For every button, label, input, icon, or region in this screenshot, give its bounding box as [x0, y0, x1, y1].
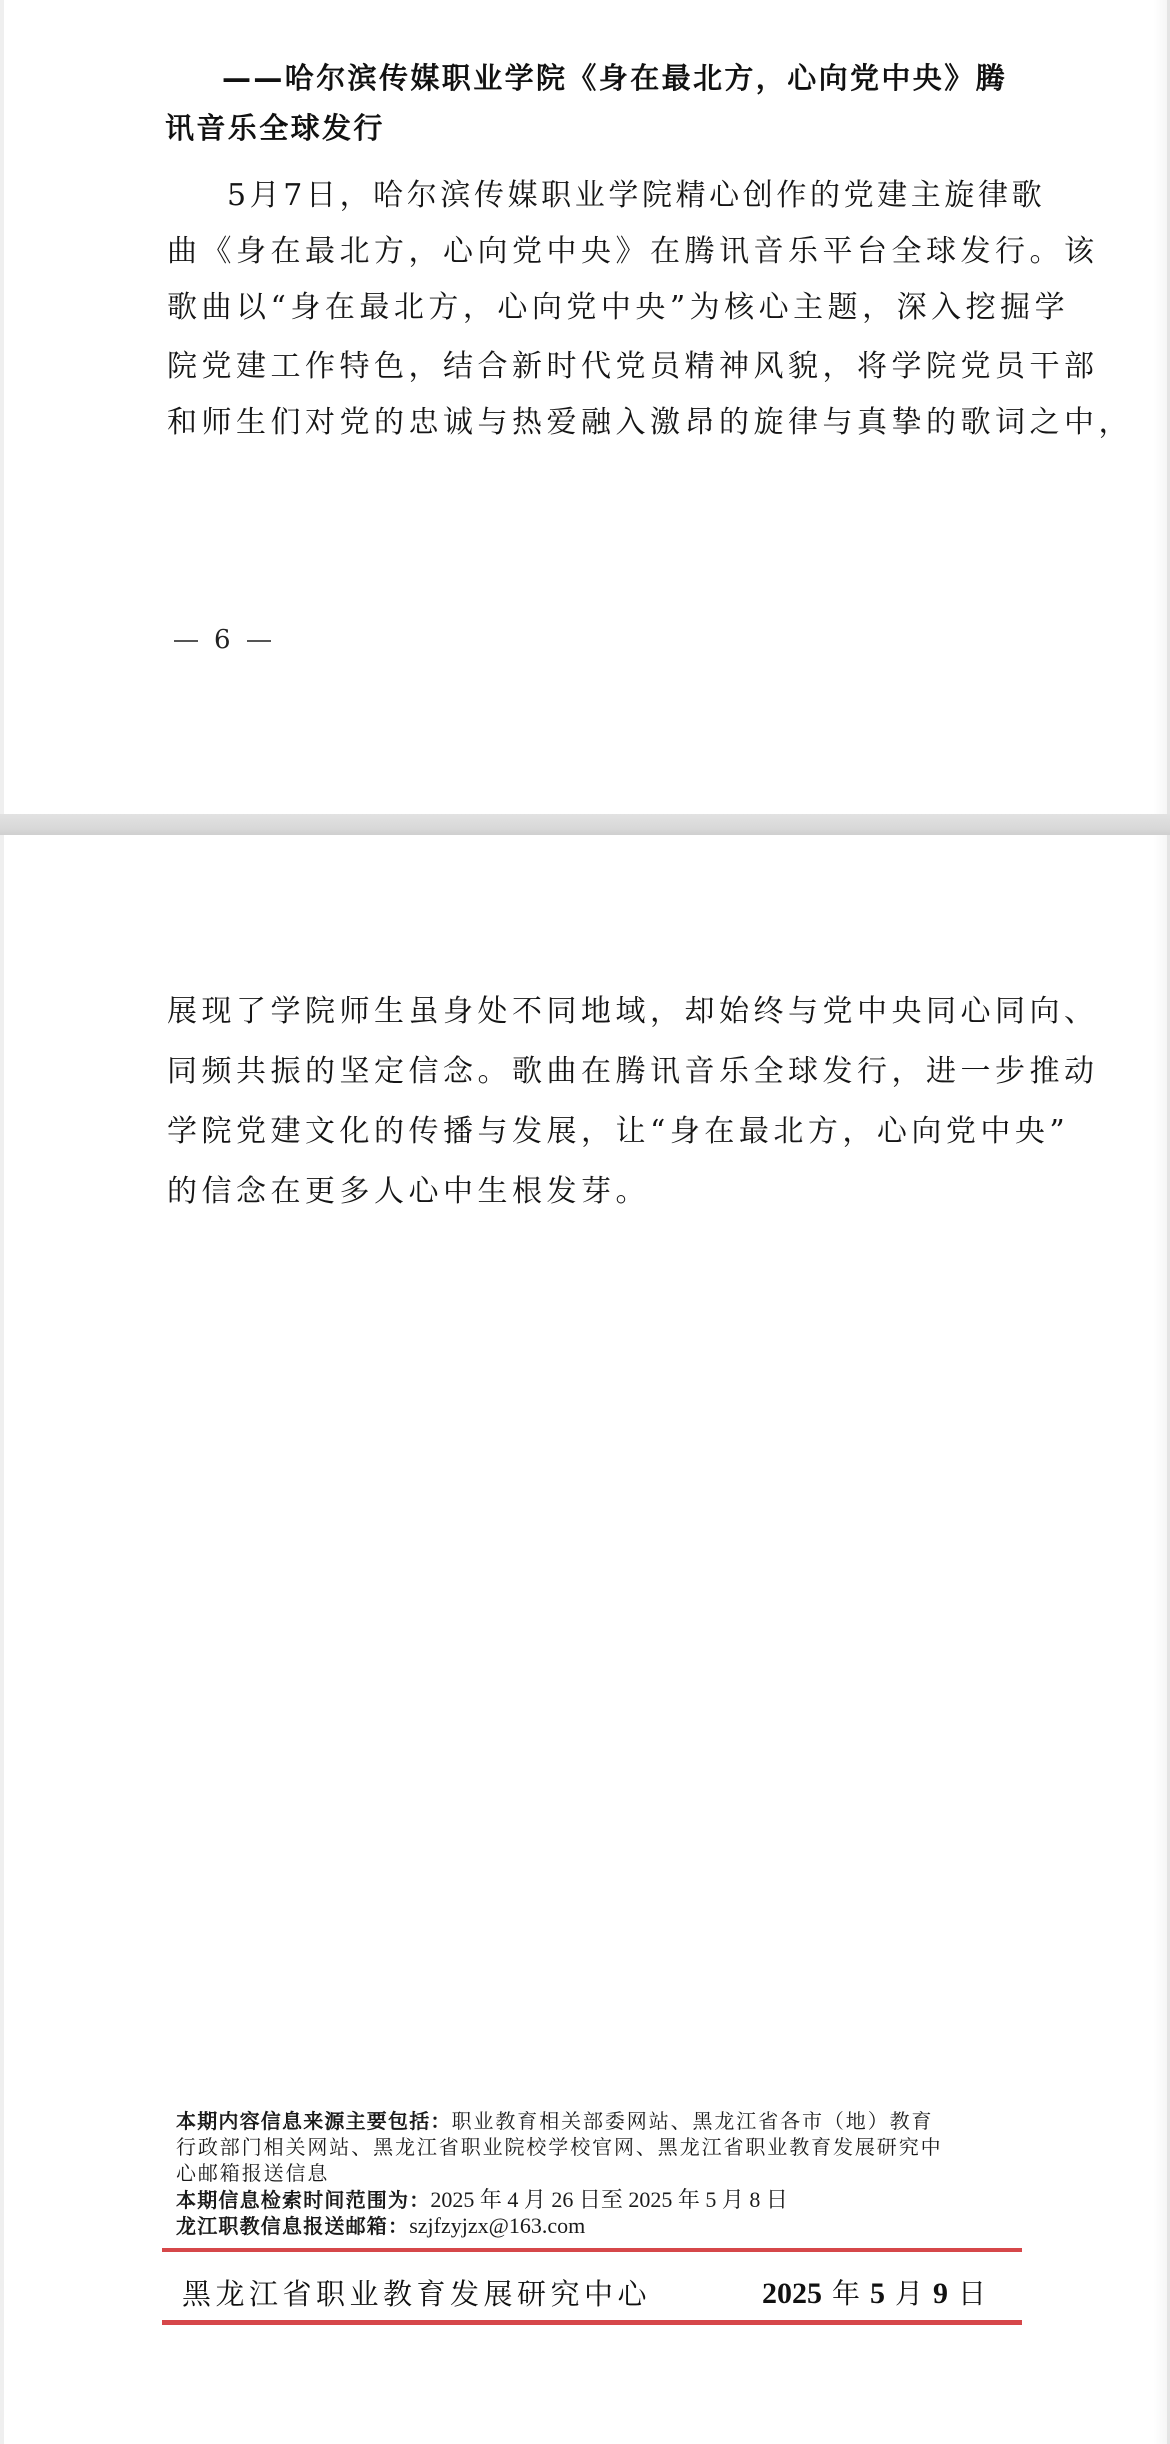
page-separator [0, 814, 1170, 835]
paragraph-line: 歌曲以“身在最北方，心向党中央”为核心主题，深入挖掘学 [167, 293, 1069, 323]
article-heading-line-1: ——哈尔滨传媒职业学院《身在最北方，心向党中央》腾 [222, 64, 1007, 93]
page-number-dash-left [174, 640, 198, 642]
footer-date-day-unit: 日 [958, 2277, 986, 2310]
article-heading-line-2: 讯音乐全球发行 [165, 114, 385, 143]
search-range-value: 2025 年 4 月 26 日至 2025 年 5 月 8 日 [430, 2187, 788, 2212]
sources-note-line-2: 行政部门相关网站、黑龙江省职业院校学校官网、黑龙江省职业教育发展研究中 [176, 2137, 943, 2157]
footer-date: 2025年5月9日 [762, 2279, 996, 2309]
submission-email-note: 龙江职教信息报送邮箱：szjfzyjzx@163.com [176, 2215, 585, 2237]
search-range-note: 本期信息检索时间范围为：2025 年 4 月 26 日至 2025 年 5 月 … [176, 2189, 788, 2211]
footer-organization: 黑龙江省职业教育发展研究中心 [182, 2280, 651, 2309]
footer-rule-bottom [162, 2320, 1022, 2325]
paragraph-line: 曲《身在最北方，心向党中央》在腾讯音乐平台全球发行。该 [167, 237, 1099, 267]
search-range-label: 本期信息检索时间范围为： [176, 2188, 430, 2212]
paragraph-line: 学院党建文化的传播与发展，让“身在最北方，心向党中央” [167, 1117, 1069, 1147]
sources-note-line-3: 心邮箱报送信息 [176, 2163, 329, 2183]
document-page-7: 展现了学院师生虽身处不同地域，却始终与党中央同心同向、 同频共振的坚定信念。歌曲… [0, 835, 1170, 2444]
paragraph-line: 同频共振的坚定信念。歌曲在腾讯音乐全球发行，进一步推动 [167, 1057, 1099, 1087]
paragraph-line: 5月7日，哈尔滨传媒职业学院精心创作的党建主旋律歌 [227, 181, 1045, 211]
footer-date-day: 9 [933, 2277, 948, 2310]
sources-note-line-1: 本期内容信息来源主要包括：职业教育相关部委网站、黑龙江省各市（地）教育 [176, 2111, 933, 2131]
paragraph-line: 和师生们对党的忠诚与热爱融入激昂的旋律与真挚的歌词之中， [167, 408, 1133, 438]
page-number-value: 6 [214, 625, 231, 655]
page-number: 6 [158, 627, 287, 653]
footer-date-month: 5 [870, 2277, 885, 2310]
submission-email-label: 龙江职教信息报送邮箱： [176, 2214, 409, 2238]
footer-date-year-unit: 年 [832, 2277, 860, 2310]
footer-rule-top [162, 2248, 1022, 2252]
footer-date-month-unit: 月 [895, 2277, 923, 2310]
document-page-6: ——哈尔滨传媒职业学院《身在最北方，心向党中央》腾 讯音乐全球发行 5月7日，哈… [0, 0, 1170, 814]
paragraph-line: 院党建工作特色，结合新时代党员精神风貌，将学院党员干部 [167, 352, 1099, 382]
sources-text: 职业教育相关部委网站、黑龙江省各市（地）教育 [452, 2109, 934, 2133]
page-number-dash-right [247, 640, 271, 642]
paragraph-line: 的信念在更多人心中生根发芽。 [167, 1177, 650, 1207]
submission-email-value: szjfzyjzx@163.com [409, 2213, 585, 2238]
sources-label: 本期内容信息来源主要包括： [176, 2109, 452, 2133]
footer-date-year: 2025 [762, 2277, 822, 2310]
paragraph-line: 展现了学院师生虽身处不同地域，却始终与党中央同心同向、 [167, 997, 1099, 1027]
